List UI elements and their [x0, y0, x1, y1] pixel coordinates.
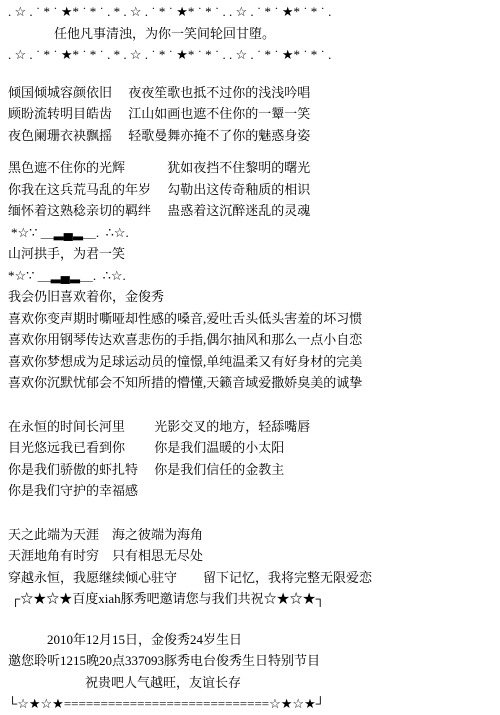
- stanza-praise: 在永恒的时间长河里 光影交叉的地方，轻舔嘴唇 目光悠远我已看到你 你是我们温暖的…: [8, 416, 500, 502]
- confession-line: 我会仍旧喜欢着你，金俊秀: [8, 286, 500, 308]
- poem-line: 缅怀着这熟稔亲切的羁绊 蛊惑着这沉醉迷乱的灵魂: [8, 200, 500, 222]
- fan-letter-document: . ☆ . ˙ * ˙ ★* ˙ * ˙ . * . ☆ . ˙ * ˙ ★* …: [0, 0, 500, 715]
- poem-line: 穿越永恒，我愿继续倾心驻守 留下记忆，我将完整无限爱恋: [8, 567, 500, 589]
- invitation-banner-bottom: └☆★☆★============================☆★☆★┘: [8, 693, 500, 715]
- wish-line: 祝贵吧人气越旺，友谊长存: [8, 672, 500, 694]
- confession-line: 喜欢你梦想成为足球运动员的憧憬,单纯温柔又有好身材的完美: [8, 351, 500, 373]
- poem-line: 顾盼流转明目皓齿 江山如画也遮不住你的一颦一笑: [8, 103, 500, 125]
- stanza-2: 黑色遮不住你的光辉 犹如夜挡不住黎明的曙光 你我在这兵荒马乱的年岁 勾勒出这传奇…: [8, 157, 500, 394]
- decorative-divider-top: *☆∵ ＿▂▄▂＿. ∴☆.: [8, 222, 500, 244]
- radio-program-line: 邀您聆听1215晚20点337093豚秀电台俊秀生日特别节目: [8, 650, 500, 672]
- poem-line: 你是我们守护的幸福感: [8, 480, 500, 502]
- invitation-banner-top: ┌☆★☆★百度xiah豚秀吧邀请您与我们共祝☆★☆★┐: [8, 588, 500, 610]
- decorative-star-border-top: . ☆ . ˙ * ˙ ★* ˙ * ˙ . * . ☆ . ˙ * ˙ ★* …: [8, 1, 500, 23]
- header-block: . ☆ . ˙ * ˙ ★* ˙ * ˙ . * . ☆ . ˙ * ˙ ★* …: [8, 1, 500, 66]
- poem-line: 夜色阑珊衣袂飘摇 轻歌曼舞亦掩不了你的魅惑身姿: [8, 125, 500, 147]
- poem-line: 天之此端为天涯 海之彼端为海角: [8, 524, 500, 546]
- decorative-star-border-bottom: . ☆ . ˙ * ˙ ★* ˙ * ˙ . * . ☆ . ˙ * ˙ ★* …: [8, 44, 500, 66]
- invitation-block: 2010年12月15日，金俊秀24岁生日 邀您聆听1215晚20点337093豚…: [8, 629, 500, 715]
- confession-line: 喜欢你用钢琴传达欢喜悲伤的手指,偶尔抽风和那么一点小自恋: [8, 329, 500, 351]
- poem-line: 倾国倾城容颜依旧 夜夜笙歌也抵不过你的浅浅吟唱: [8, 82, 500, 104]
- poem-line: 天涯地角有时穷 只有相思无尽处: [8, 545, 500, 567]
- poem-line: 你是我们骄傲的虾扎特 你是我们信任的金教主: [8, 459, 500, 481]
- stanza-1: 倾国倾城容颜依旧 夜夜笙歌也抵不过你的浅浅吟唱 顾盼流转明目皓齿 江山如画也遮不…: [8, 82, 500, 147]
- decorative-divider-bottom: *☆∵ ＿▂▄▂＿. ∴☆.: [8, 265, 500, 287]
- poem-line: 黑色遮不住你的光辉 犹如夜挡不住黎明的曙光: [8, 157, 500, 179]
- poem-line: 你我在这兵荒马乱的年岁 勾勒出这传奇釉质的相识: [8, 179, 500, 201]
- poem-line: 目光悠远我已看到你 你是我们温暖的小太阳: [8, 437, 500, 459]
- birthday-date-line: 2010年12月15日，金俊秀24岁生日: [8, 629, 500, 651]
- poem-line: 在永恒的时间长河里 光影交叉的地方，轻舔嘴唇: [8, 416, 500, 438]
- stanza-farewell: 天之此端为天涯 海之彼端为海角 天涯地角有时穷 只有相思无尽处 穿越永恒，我愿继…: [8, 524, 500, 610]
- interlude-line: 山河拱手，为君一笑: [8, 243, 500, 265]
- dedication-line: 任他凡事清浊，为你一笑间轮回甘堕。: [8, 23, 500, 45]
- confession-line: 喜欢你变声期时嘶哑却性感的嗓音,爱吐舌头低头害羞的坏习惯: [8, 308, 500, 330]
- confession-line: 喜欢你沉默忧郁会不知所措的懵懂,天籁音域爱撒娇臭美的诚挚: [8, 372, 500, 394]
